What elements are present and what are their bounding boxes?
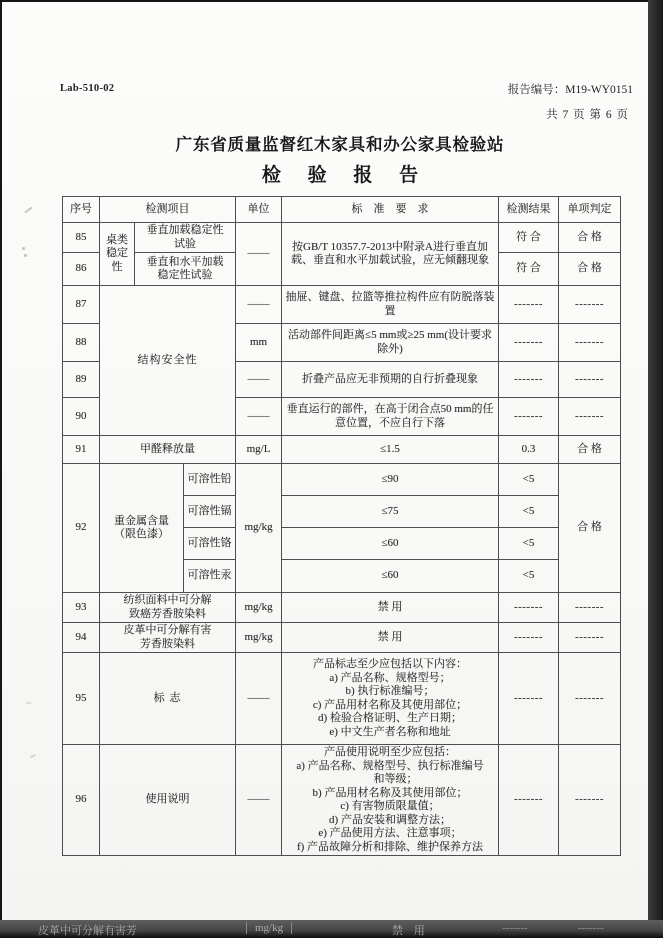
col-result: <5 bbox=[499, 496, 559, 528]
col-item-group: 重金属含量 （限色漆） bbox=[100, 464, 184, 593]
col-standard: 禁 用 bbox=[282, 623, 499, 653]
table-row: 91 甲醛释放量 mg/L ≤1.5 0.3 合 格 bbox=[63, 436, 621, 464]
col-verdict: 合 格 bbox=[559, 464, 621, 593]
col-result: ------- bbox=[499, 745, 559, 856]
col-no: 90 bbox=[63, 398, 100, 436]
col-item: 使用说明 bbox=[100, 745, 236, 856]
photo-right-border bbox=[648, 0, 663, 938]
col-standard: 抽屉、键盘、拉篮等推拉构件应有防脱落装置 bbox=[282, 286, 499, 324]
inspection-table: 序号 检测项目 单位 标 准 要 求 检测结果 单项判定 85 桌类稳定性 垂直… bbox=[62, 196, 621, 856]
col-item-group: 桌类稳定性 bbox=[100, 223, 135, 286]
col-verdict: ------- bbox=[559, 623, 621, 653]
col-no: 96 bbox=[63, 745, 100, 856]
col-unit: mg/kg bbox=[236, 623, 282, 653]
col-verdict: ------- bbox=[559, 653, 621, 745]
col-unit: —— bbox=[236, 362, 282, 398]
col-verdict: ------- bbox=[559, 593, 621, 623]
col-result: 符 合 bbox=[499, 253, 559, 286]
col-unit: mg/kg bbox=[236, 593, 282, 623]
col-standard: 产品标志至少应包括以下内容： a) 产品名称、规格型号； b) 执行标准编号； … bbox=[282, 653, 499, 745]
col-no: 92 bbox=[63, 464, 100, 593]
col-verdict: ------- bbox=[559, 286, 621, 324]
table-row: 94 皮革中可分解有害 芳香胺染料 mg/kg 禁 用 ------- ----… bbox=[63, 623, 621, 653]
header-item: 检测项目 bbox=[100, 197, 236, 223]
col-unit: mg/kg bbox=[236, 464, 282, 593]
col-item: 皮革中可分解有害 芳香胺染料 bbox=[100, 623, 236, 653]
table-row: 85 桌类稳定性 垂直加载稳定性 试验 —— 按GB/T 10357.7-201… bbox=[63, 223, 621, 253]
col-unit: —— bbox=[236, 398, 282, 436]
col-item: 甲醛释放量 bbox=[100, 436, 236, 464]
col-unit: —— bbox=[236, 286, 282, 324]
col-no: 85 bbox=[63, 223, 100, 253]
table-row: 95 标 志 —— 产品标志至少应包括以下内容： a) 产品名称、规格型号； b… bbox=[63, 653, 621, 745]
clipped-verdict-dashes: ------- bbox=[578, 922, 604, 934]
col-verdict: ------- bbox=[559, 362, 621, 398]
col-result: ------- bbox=[499, 324, 559, 362]
col-result: ------- bbox=[499, 286, 559, 324]
col-item: 可溶性镉 bbox=[184, 496, 236, 528]
col-result: <5 bbox=[499, 560, 559, 593]
pencil-mark bbox=[22, 247, 25, 250]
header-unit: 单位 bbox=[236, 197, 282, 223]
page-count-info: 共 7 页 第 6 页 bbox=[546, 106, 629, 122]
col-result: ------- bbox=[499, 653, 559, 745]
col-verdict: 合 格 bbox=[559, 436, 621, 464]
table-row: 93 纺织面料中可分解 致癌芳香胺染料 mg/kg 禁 用 ------- --… bbox=[63, 593, 621, 623]
col-standard: ≤60 bbox=[282, 528, 499, 560]
clipped-item-text: 皮革中可分解有害芳 bbox=[38, 922, 137, 938]
table-row: 87 结构安全性 —— 抽屉、键盘、拉篮等推拉构件应有防脱落装置 -------… bbox=[63, 286, 621, 324]
col-standard: 折叠产品应无非预期的自行折叠现象 bbox=[282, 362, 499, 398]
col-standard: ≤1.5 bbox=[282, 436, 499, 464]
next-page-edge: 皮革中可分解有害芳 mg/kg 禁 用 ------- ------- bbox=[0, 920, 663, 938]
col-verdict: 合 格 bbox=[559, 253, 621, 286]
col-item: 垂直和水平加载 稳定性试验 bbox=[135, 253, 236, 286]
header-verdict: 单项判定 bbox=[559, 197, 621, 223]
header-no: 序号 bbox=[63, 197, 100, 223]
lab-form-code: Lab-510-02 bbox=[60, 83, 114, 94]
col-result: <5 bbox=[499, 528, 559, 560]
table-header-row: 序号 检测项目 单位 标 准 要 求 检测结果 单项判定 bbox=[63, 197, 621, 223]
col-unit: —— bbox=[236, 653, 282, 745]
clipped-standard-text: 禁 用 bbox=[392, 922, 429, 938]
col-verdict: ------- bbox=[559, 324, 621, 362]
report-title: 检 验 报 告 bbox=[60, 160, 620, 187]
header-standard: 标 准 要 求 bbox=[282, 197, 499, 223]
col-standard: ≤90 bbox=[282, 464, 499, 496]
clipped-unit-text: mg/kg bbox=[246, 922, 292, 934]
col-unit: —— bbox=[236, 745, 282, 856]
col-result: 0.3 bbox=[499, 436, 559, 464]
col-result: <5 bbox=[499, 464, 559, 496]
clipped-result-dashes: ------- bbox=[502, 922, 528, 934]
col-unit: —— bbox=[236, 223, 282, 286]
col-no: 88 bbox=[63, 324, 100, 362]
col-standard: 产品使用说明至少应包括： a) 产品名称、规格型号、执行标准编号 和等级； b)… bbox=[282, 745, 499, 856]
col-standard: 按GB/T 10357.7-2013中附录A进行垂直加载、垂直和水平加载试验，应… bbox=[282, 223, 499, 286]
col-item-group: 结构安全性 bbox=[100, 286, 236, 436]
col-no: 86 bbox=[63, 253, 100, 286]
col-unit: mg/L bbox=[236, 436, 282, 464]
col-item: 纺织面料中可分解 致癌芳香胺染料 bbox=[100, 593, 236, 623]
table-row: 92 重金属含量 （限色漆） 可溶性铅 mg/kg ≤90 <5 合 格 bbox=[63, 464, 621, 496]
organization-title: 广东省质量监督红木家具和办公家具检验站 bbox=[60, 131, 620, 155]
pencil-mark bbox=[24, 207, 33, 214]
col-standard: ≤75 bbox=[282, 496, 499, 528]
pencil-mark bbox=[30, 754, 36, 758]
col-no: 94 bbox=[63, 623, 100, 653]
col-verdict: ------- bbox=[559, 745, 621, 856]
table-row: 96 使用说明 —— 产品使用说明至少应包括： a) 产品名称、规格型号、执行标… bbox=[63, 745, 621, 856]
col-standard: ≤60 bbox=[282, 560, 499, 593]
header-result: 检测结果 bbox=[499, 197, 559, 223]
col-standard: 禁 用 bbox=[282, 593, 499, 623]
next-page-clipped-row: 皮革中可分解有害芳 mg/kg 禁 用 ------- ------- bbox=[0, 922, 648, 938]
col-result: ------- bbox=[499, 593, 559, 623]
report-number: 报告编号：M19-WY0151 bbox=[508, 81, 633, 97]
col-verdict: ------- bbox=[559, 398, 621, 436]
col-item: 可溶性铬 bbox=[184, 528, 236, 560]
pencil-mark bbox=[24, 254, 27, 257]
report-page: Lab-510-02 报告编号：M19-WY0151 共 7 页 第 6 页 广… bbox=[2, 2, 648, 920]
col-result: ------- bbox=[499, 623, 559, 653]
col-item: 标 志 bbox=[100, 653, 236, 745]
col-verdict: 合 格 bbox=[559, 223, 621, 253]
pencil-mark bbox=[26, 702, 31, 704]
col-result: 符 合 bbox=[499, 223, 559, 253]
col-no: 91 bbox=[63, 436, 100, 464]
col-result: ------- bbox=[499, 398, 559, 436]
col-no: 93 bbox=[63, 593, 100, 623]
col-no: 89 bbox=[63, 362, 100, 398]
col-item: 可溶性汞 bbox=[184, 560, 236, 593]
col-no: 95 bbox=[63, 653, 100, 745]
col-item: 垂直加载稳定性 试验 bbox=[135, 223, 236, 253]
col-unit: mm bbox=[236, 324, 282, 362]
col-standard: 活动部件间距离≤5 mm或≥25 mm(设计要求除外) bbox=[282, 324, 499, 362]
col-result: ------- bbox=[499, 362, 559, 398]
col-no: 87 bbox=[63, 286, 100, 324]
col-item: 可溶性铅 bbox=[184, 464, 236, 496]
col-standard: 垂直运行的部件，在高于闭合点50 mm的任意位置，不应自行下落 bbox=[282, 398, 499, 436]
